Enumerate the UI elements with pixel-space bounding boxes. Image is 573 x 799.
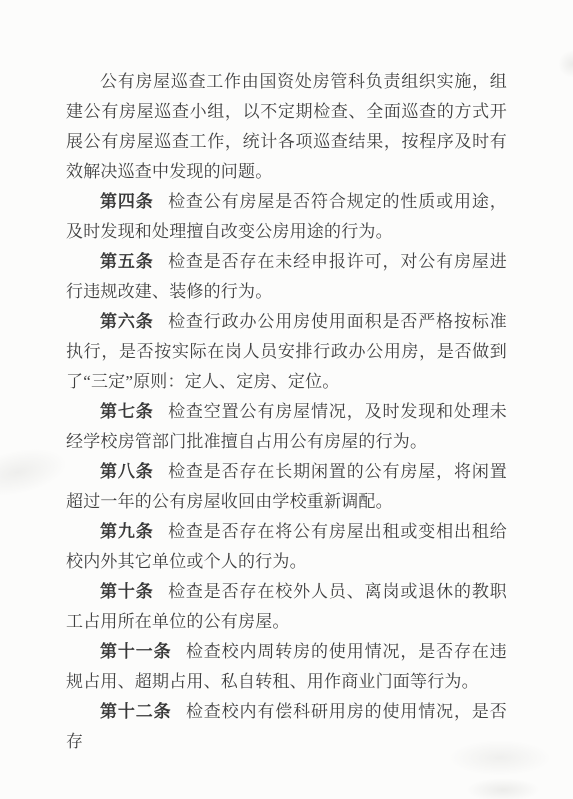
article-number: 第四条 (100, 192, 154, 211)
article-7: 第七条检查空置公有房屋情况，及时发现和处理未经学校房管部门批准擅自占用公有房屋的… (66, 397, 507, 457)
paragraph-intro: 公有房屋巡查工作由国资处房管科负责组织实施，组建公有房屋巡查小组，以不定期检查、… (66, 67, 507, 187)
scan-smudge-left-edge (0, 440, 72, 499)
article-6: 第六条检查行政办公用房使用面积是否严格按标准执行，是否按实际在岗人员安排行政办公… (66, 307, 507, 397)
document-body: 公有房屋巡查工作由国资处房管科负责组织实施，组建公有房屋巡查小组，以不定期检查、… (66, 67, 507, 757)
article-number: 第八条 (100, 462, 154, 481)
article-8: 第八条检查是否存在长期闲置的公有房屋，将闲置超过一年的公有房屋收回由学校重新调配… (66, 457, 507, 517)
scan-smudge-right-edge (558, 50, 573, 78)
article-number: 第九条 (100, 522, 154, 541)
article-10: 第十条检查是否存在校外人员、离岗或退休的教职工占用所在单位的公有房屋。 (66, 577, 507, 637)
article-11: 第十一条检查校内周转房的使用情况，是否存在违规占用、超期占用、私自转租、用作商业… (66, 637, 507, 697)
article-12: 第十二条检查校内有偿科研用房的使用情况，是否存 (66, 697, 507, 757)
article-4: 第四条检查公有房屋是否符合规定的性质或用途，及时发现和处理擅自改变公房用途的行为… (66, 187, 507, 247)
article-number: 第十条 (100, 582, 154, 601)
article-number: 第七条 (100, 402, 154, 421)
article-number: 第五条 (100, 252, 154, 271)
article-number: 第六条 (100, 312, 154, 331)
paragraph-text: 公有房屋巡查工作由国资处房管科负责组织实施，组建公有房屋巡查小组，以不定期检查、… (66, 72, 507, 181)
scan-smudge-bottom-right-lower (466, 778, 540, 799)
article-number: 第十二条 (100, 702, 172, 721)
scanned-document-page: 公有房屋巡查工作由国资处房管科负责组织实施，组建公有房屋巡查小组，以不定期检查、… (0, 0, 573, 799)
article-9: 第九条检查是否存在将公有房屋出租或变相出租给校内外其它单位或个人的行为。 (66, 517, 507, 577)
article-number: 第十一条 (100, 642, 172, 661)
article-5: 第五条检查是否存在未经申报许可，对公有房屋进行违规改建、装修的行为。 (66, 247, 507, 307)
